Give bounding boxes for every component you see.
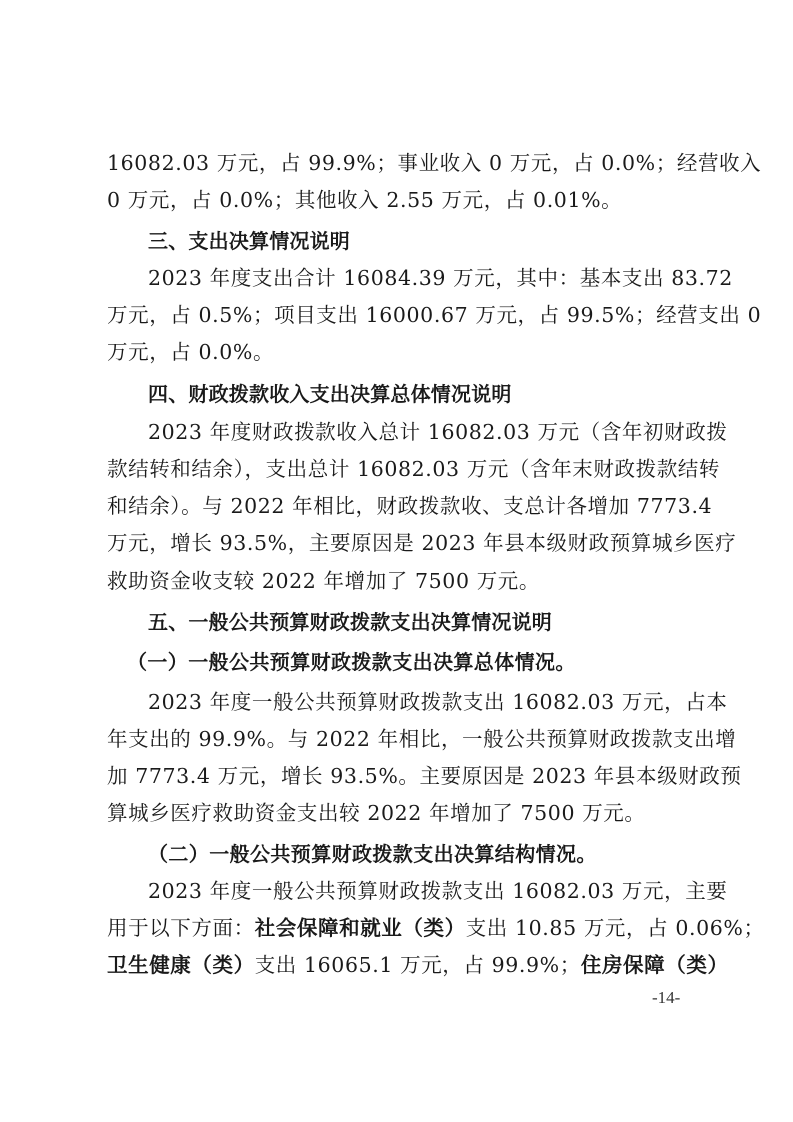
- text-segment: 支出 10.85 万元，占 0.06%；: [466, 916, 765, 940]
- paragraph-line: 2023 年度一般公共预算财政拨款支出 16082.03 万元，主要: [148, 878, 692, 904]
- category-housing: 住房保障（类）: [581, 953, 729, 977]
- text-segment: 支出 16065.1 万元，占 99.9%；: [255, 953, 581, 977]
- page-number: -14-: [652, 988, 680, 1008]
- category-health: 卫生健康（类）: [107, 953, 255, 977]
- document-page: 16082.03 万元，占 99.9%；事业收入 0 万元，占 0.0%；经营收…: [0, 0, 793, 1122]
- subsection-heading: （二）一般公共预算财政拨款支出决算结构情况。: [148, 841, 692, 867]
- paragraph-line: 16082.03 万元，占 99.9%；事业收入 0 万元，占 0.0%；经营收…: [107, 150, 692, 176]
- paragraph-line: 0 万元，占 0.0%；其他收入 2.55 万元，占 0.01%。: [107, 187, 692, 213]
- paragraph-line: 救助资金收支较 2022 年增加了 7500 万元。: [107, 568, 692, 594]
- paragraph-line: 加 7773.4 万元，增长 93.5%。主要原因是 2023 年县本级财政预: [107, 763, 692, 789]
- paragraph-line: 用于以下方面：社会保障和就业（类）支出 10.85 万元，占 0.06%；: [107, 915, 692, 941]
- text-segment: 用于以下方面：: [107, 916, 255, 940]
- section-heading: 四、财政拨款收入支出决算总体情况说明: [148, 381, 692, 407]
- category-social-security: 社会保障和就业（类）: [255, 916, 466, 940]
- paragraph-line: 年支出的 99.9%。与 2022 年相比，一般公共预算财政拨款支出增: [107, 726, 692, 752]
- paragraph-line: 万元，增长 93.5%，主要原因是 2023 年县本级财政预算城乡医疗: [107, 530, 692, 556]
- paragraph-line: 和结余）。与 2022 年相比，财政拨款收、支总计各增加 7773.4: [107, 493, 692, 519]
- paragraph-line: 款结转和结余），支出总计 16082.03 万元（含年末财政拨款结转: [107, 456, 692, 482]
- paragraph-line: 2023 年度一般公共预算财政拨款支出 16082.03 万元，占本: [148, 689, 692, 715]
- section-heading: 五、一般公共预算财政拨款支出决算情况说明: [148, 609, 692, 635]
- paragraph-line: 万元，占 0.0%。: [107, 339, 692, 365]
- paragraph-line: 万元，占 0.5%；项目支出 16000.67 万元，占 99.5%；经营支出 …: [107, 302, 692, 328]
- paragraph-line: 算城乡医疗救助资金支出较 2022 年增加了 7500 万元。: [107, 800, 692, 826]
- section-heading: 三、支出决算情况说明: [148, 228, 692, 254]
- paragraph-line: 2023 年度财政拨款收入总计 16082.03 万元（含年初财政拨: [148, 419, 692, 445]
- paragraph-line: 2023 年度支出合计 16084.39 万元，其中：基本支出 83.72: [148, 265, 692, 291]
- paragraph-line: 卫生健康（类）支出 16065.1 万元，占 99.9%；住房保障（类）: [107, 952, 692, 978]
- subsection-heading: （一）一般公共预算财政拨款支出决算总体情况。: [127, 649, 692, 675]
